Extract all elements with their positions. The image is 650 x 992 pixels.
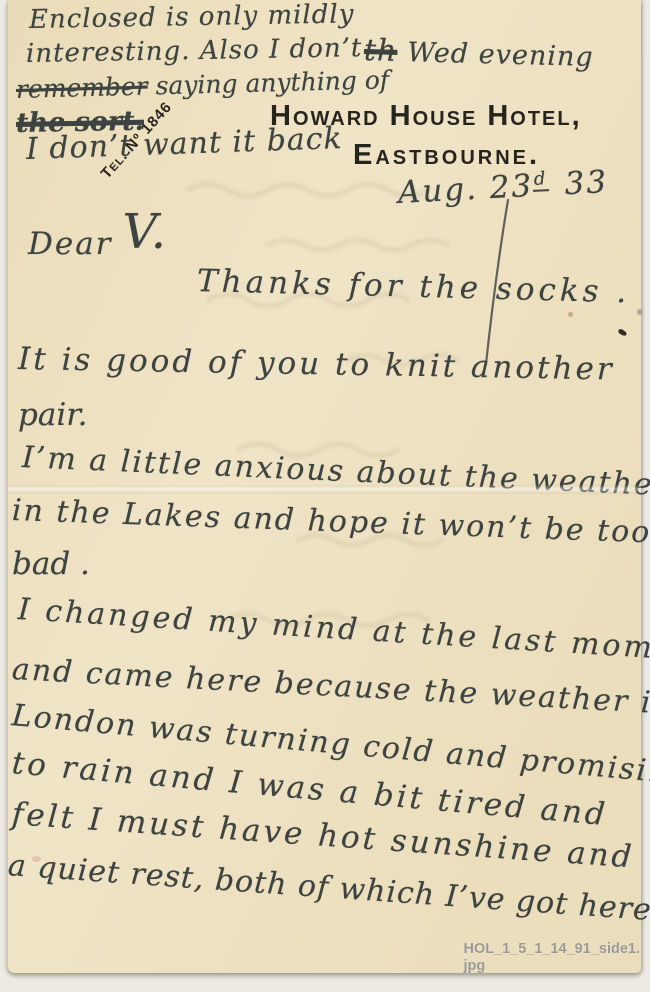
paper-crease [8,485,641,494]
pencil-note-wed-evening: thWed evening [364,34,594,73]
watermark-line-1: HOL_1_5_1_14_91_side1. [463,941,640,958]
body-line: It is good of you to knit another [18,342,615,387]
struck-scribble: th [364,33,398,69]
pink-smudge [32,856,41,862]
letter-paper: Enclosed is only mildly interesting. Als… [7,0,641,973]
body-line: pair. [18,398,88,432]
letterhead-town: Eastbourne. [353,139,540,172]
annotation-line-3: remember saying anything of [16,66,390,103]
pencil-note-text: Wed evening [407,37,594,73]
date-year: 33 [564,164,609,202]
body-line: Thanks for the socks . [197,264,631,309]
salutation-recipient: V. [123,204,169,260]
salutation: DearV. [28,212,168,265]
struck-word-remember: remember [16,72,148,104]
body-line: bad . [12,547,90,581]
letterhead-hotel-name: Howard House Hotel, [270,100,582,133]
date-day: Aug. 23 [397,168,534,211]
ink-speck [617,328,627,337]
scan-artifact-speck [637,309,643,315]
body-line: in the Lakes and hope it won’t be too [11,494,650,549]
scanned-letter-image: Enclosed is only mildly interesting. Als… [0,0,650,992]
rust-fleck [568,312,573,317]
salutation-greeting: Dear [28,226,113,262]
annotation-line-2: interesting. Also I don’t [26,34,363,68]
ink-bleed-through-texture [148,150,628,670]
annotation-line-1: Enclosed is only mildly [29,0,355,34]
annotation-line-3-rest: saying anything of [147,65,389,100]
archive-filename-watermark: HOL_1_5_1_14_91_side1. jpg [463,941,640,975]
watermark-line-2: jpg [463,958,640,975]
date-ordinal: d [532,168,549,192]
